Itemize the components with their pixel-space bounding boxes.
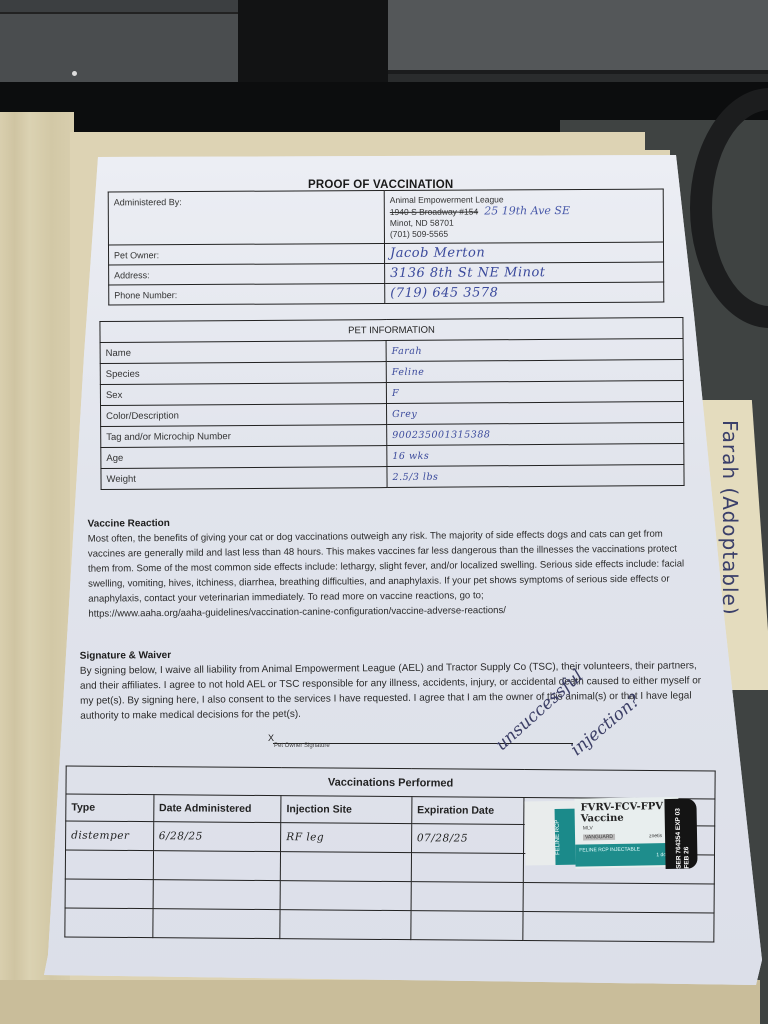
pet-info-value: Feline bbox=[386, 359, 683, 382]
org-address-struck: 1940 S Broadway #154 bbox=[390, 206, 478, 216]
pet-info-label: Age bbox=[101, 446, 387, 469]
sticker-band: FELINE RCP INJECTABLE 1 dose bbox=[575, 843, 675, 867]
vaccination-empty-cell[interactable] bbox=[153, 909, 281, 939]
vaccination-empty-cell[interactable] bbox=[153, 880, 281, 910]
pet-info-row: Weight 2.5/3 lbs bbox=[101, 464, 684, 489]
pet-info-label: Weight bbox=[101, 467, 387, 490]
vaccination-empty-cell[interactable] bbox=[411, 853, 524, 883]
sticker-subtitle: MLV bbox=[583, 825, 593, 831]
pet-info-value: F bbox=[386, 380, 683, 403]
vaccination-empty-cell[interactable] bbox=[411, 882, 524, 912]
vaccination-empty-cell[interactable] bbox=[280, 852, 411, 882]
pet-info-label: Species bbox=[100, 362, 386, 385]
signature-line: X Pet Owner Signature bbox=[268, 733, 598, 745]
sticker-brand: VANGUARD bbox=[583, 834, 615, 841]
vaccination-expiration: 07/28/25 bbox=[411, 824, 524, 854]
vaccinations-column-header: Date Administered bbox=[153, 795, 281, 823]
pet-info-value: Farah bbox=[386, 338, 683, 361]
sticker-serial: SER 764354 bbox=[675, 832, 683, 869]
pet-info-label: Sex bbox=[100, 383, 386, 406]
administration-table: Administered By: Animal Empowerment Leag… bbox=[108, 189, 665, 306]
administered-by-label: Administered By: bbox=[108, 191, 384, 245]
vaccination-date: 6/28/25 bbox=[153, 822, 281, 852]
pet-info-value: 2.5/3 lbs bbox=[387, 464, 684, 487]
vaccination-empty-cell[interactable] bbox=[280, 910, 411, 940]
vaccination-site: RF leg bbox=[281, 823, 412, 853]
administered-by-value: Animal Empowerment League 1940 S Broadwa… bbox=[384, 189, 663, 243]
vaccination-empty-cell[interactable] bbox=[280, 881, 411, 911]
phone-label: Phone Number: bbox=[109, 284, 385, 305]
pet-info-value: 900235001315388 bbox=[387, 422, 684, 445]
screw-dot bbox=[72, 71, 77, 76]
pet-owner-value: Jacob Merton bbox=[384, 242, 663, 263]
window-frame-edge bbox=[0, 0, 240, 14]
vaccination-type: distemper bbox=[66, 821, 154, 851]
vial-sticker: FELINE RCP FVRV-FCV-FPV Vaccine MLV VANG… bbox=[524, 797, 697, 872]
org-phone: (701) 509-5565 bbox=[390, 227, 658, 239]
folder-bottom bbox=[0, 980, 760, 1024]
phone-value: (719) 645 3578 bbox=[385, 282, 664, 303]
pet-information-table: PET INFORMATION Name FarahSpecies Feline… bbox=[99, 317, 684, 490]
vaccination-empty-cell[interactable] bbox=[65, 908, 153, 938]
address-value: 3136 8th St NE Minot bbox=[385, 262, 664, 283]
vaccination-empty-cell[interactable] bbox=[65, 879, 153, 909]
address-label: Address: bbox=[109, 264, 385, 285]
window-sill-right bbox=[388, 0, 768, 74]
vaccination-empty-cell[interactable] bbox=[523, 883, 714, 913]
vaccinations-column-header: Injection Site bbox=[281, 796, 412, 824]
pet-info-value: 16 wks bbox=[387, 443, 684, 466]
sticker-maker: zoetis bbox=[649, 833, 662, 839]
pet-info-label: Name bbox=[100, 341, 386, 364]
signature-mark: X bbox=[268, 733, 274, 743]
vaccinations-column-header: Type bbox=[66, 794, 154, 822]
vaccine-reaction-body: Most often, the benefits of giving your … bbox=[88, 526, 699, 606]
vaccination-row-empty bbox=[65, 908, 714, 942]
vaccination-empty-cell[interactable] bbox=[65, 850, 153, 880]
vaccination-empty-cell[interactable] bbox=[523, 912, 714, 942]
pet-info-label: Tag and/or Microchip Number bbox=[101, 425, 387, 448]
vaccinations-column-header: Expiration Date bbox=[412, 797, 525, 825]
pet-info-value: Grey bbox=[387, 401, 684, 424]
sticker-lot-info: SER 764354 EXP 03 FEB 26 bbox=[664, 799, 697, 870]
org-address-handwritten: 25 19th Ave SE bbox=[484, 204, 570, 217]
pet-info-label: Color/Description bbox=[101, 404, 387, 427]
vaccination-empty-cell[interactable] bbox=[153, 851, 281, 881]
vaccination-empty-cell[interactable] bbox=[411, 911, 524, 941]
pet-owner-label: Pet Owner: bbox=[108, 244, 384, 265]
signature-label: Pet Owner Signature bbox=[274, 743, 330, 749]
vaccine-reaction-section: Vaccine Reaction Most often, the benefit… bbox=[88, 511, 699, 621]
